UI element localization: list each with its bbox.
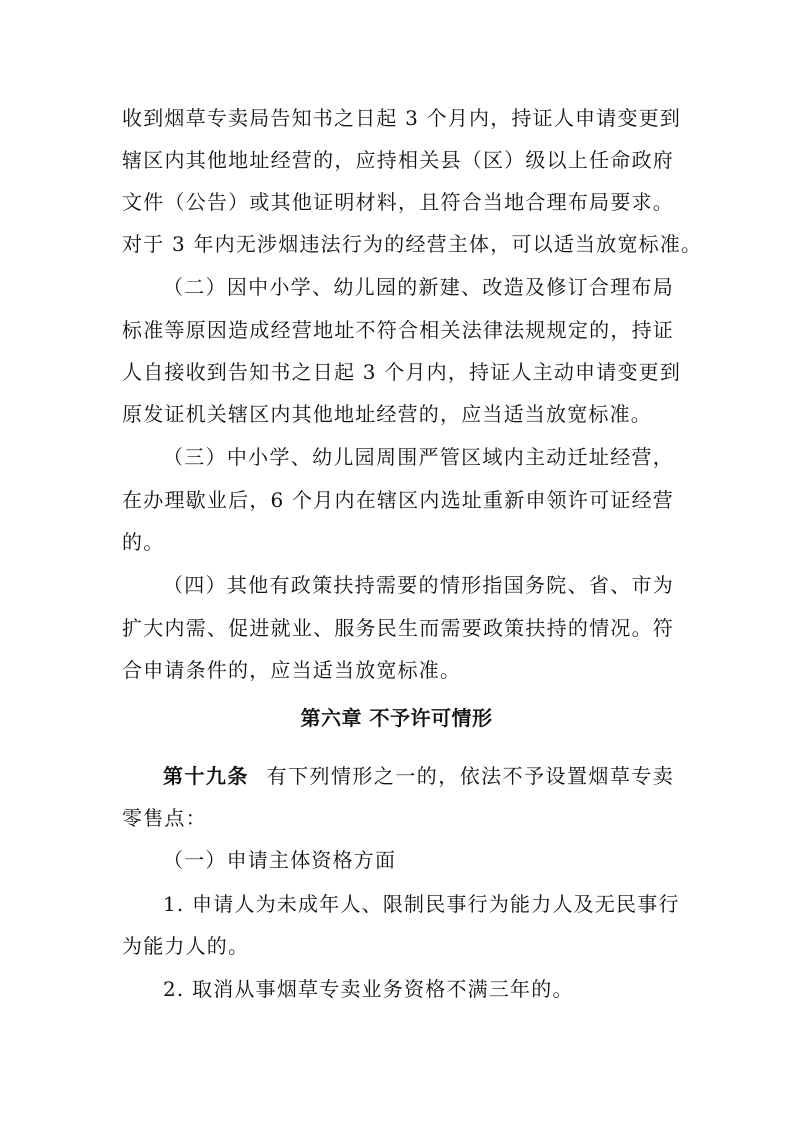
text-line: 人自接收到告知书之日起 3 个月内，持证人主动申请变更到 (122, 358, 674, 386)
text-line: （二）因中小学、幼儿园的新建、改造及修订合理布局 (163, 273, 674, 301)
text-line: 的。 (122, 528, 674, 556)
section-title: （一）申请主体资格方面 (163, 846, 674, 874)
document-page: 收到烟草专卖局告知书之日起 3 个月内，持证人申请变更到 辖区内其他地址经营的，… (0, 0, 793, 1122)
text-line: 文件（公告）或其他证明材料，且符合当地合理布局要求。 (122, 188, 674, 216)
chapter-heading: 第六章 不予许可情形 (0, 704, 793, 732)
text-line: （三）中小学、幼儿园周围严管区域内主动迁址经营， (163, 443, 674, 471)
text-line: 合申请条件的，应当适当放宽标准。 (122, 656, 674, 684)
text-line: 零售点： (122, 804, 674, 832)
text-line: 扩大内需、促进就业、服务民生而需要政策扶持的情况。符 (122, 614, 674, 642)
text-line: 2. 取消从事烟草专卖业务资格不满三年的。 (163, 975, 674, 1003)
text-line: 为能力人的。 (122, 932, 674, 960)
text-line: 标准等原因造成经营地址不符合相关法律法规规定的，持证 (122, 316, 674, 344)
text-line: 对于 3 年内无涉烟违法行为的经营主体，可以适当放宽标准。 (122, 230, 674, 258)
text-line: 1. 申请人为未成年人、限制民事行为能力人及无民事行 (163, 890, 674, 918)
article-text: 有下列情形之一的，依法不予设置烟草专卖 (267, 764, 674, 788)
text-line: 在办理歇业后，6 个月内在辖区内选址重新申领许可证经营 (122, 486, 674, 514)
text-line: （四）其他有政策扶持需要的情形指国务院、省、市为 (163, 571, 674, 599)
article-first-line: 第十九条 有下列情形之一的，依法不予设置烟草专卖 (163, 762, 674, 790)
text-line: 原发证机关辖区内其他地址经营的，应当适当放宽标准。 (122, 400, 674, 428)
text-line: 辖区内其他地址经营的，应持相关县（区）级以上任命政府 (122, 146, 674, 174)
article-label: 第十九条 (163, 764, 249, 788)
text-line: 收到烟草专卖局告知书之日起 3 个月内，持证人申请变更到 (122, 104, 674, 132)
